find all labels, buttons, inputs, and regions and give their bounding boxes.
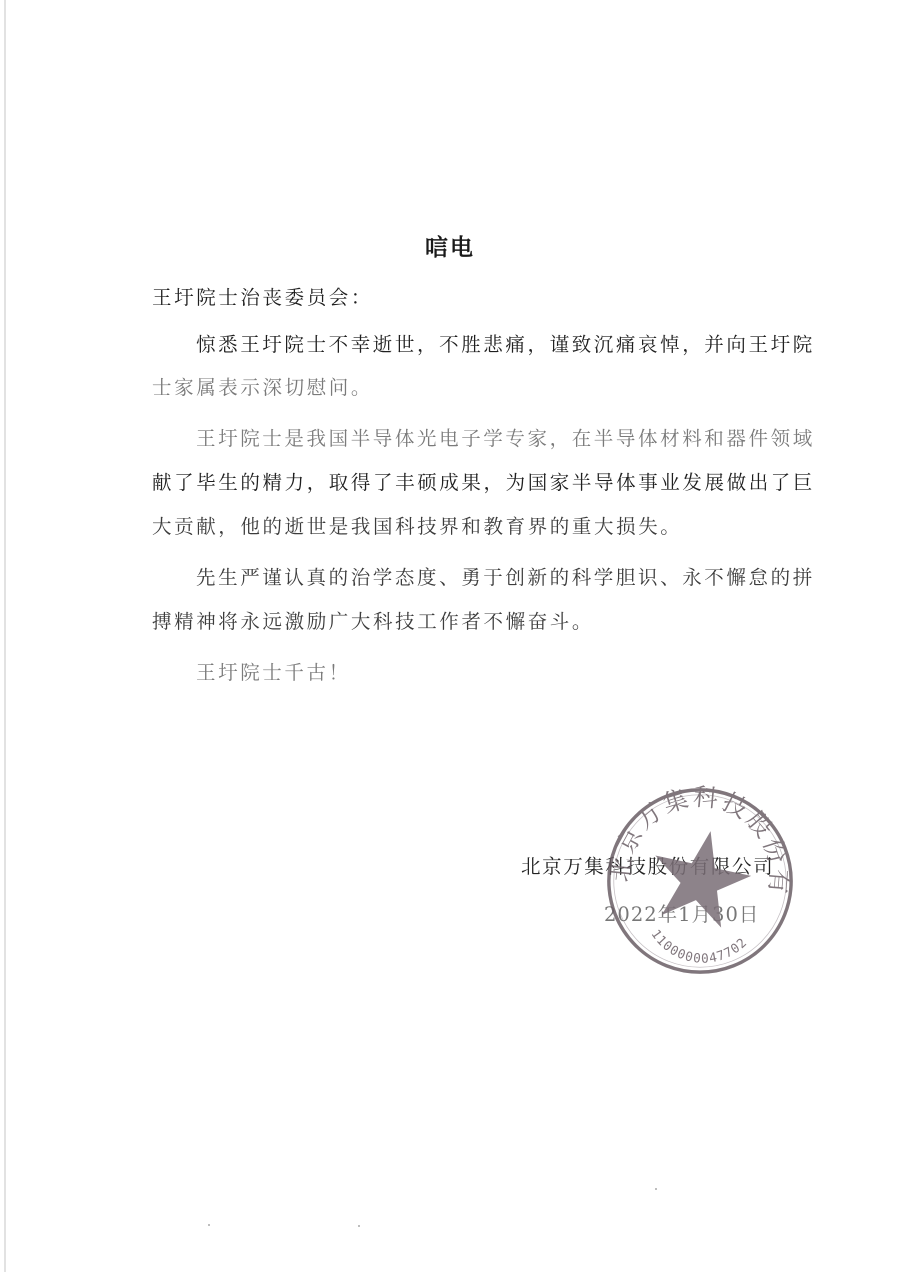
- paragraph-2-line-3: 大贡献，他的逝世是我国科技界和教育界的重大损失。: [152, 515, 682, 539]
- paragraph-2-line-1: 王圩院士是我国半导体光电子学专家，在半导体材料和器件领域: [196, 427, 815, 451]
- company-seal-icon: 北京万集科技股份有限公司 1100000047702: [602, 783, 798, 979]
- paragraph-1-line-2: 士家属表示深切慰问。: [152, 376, 373, 400]
- svg-text:1100000047702: 1100000047702: [648, 927, 751, 967]
- closing-line: 王圩院士千古！: [196, 661, 351, 685]
- paragraph-1-line-1: 惊悉王圩院士不幸逝世，不胜悲痛，谨致沉痛哀悼，并向王圩院: [196, 333, 815, 357]
- document-title: 唁电: [0, 229, 900, 262]
- scan-page-edge: [4, 0, 6, 1272]
- salutation: 王圩院士治丧委员会：: [152, 286, 373, 310]
- paragraph-3-line-2: 搏精神将永远激励广大科技工作者不懈奋斗。: [152, 610, 594, 634]
- scan-speck: [358, 1225, 360, 1227]
- scan-speck: [208, 1224, 210, 1226]
- paragraph-3-line-1: 先生严谨认真的治学态度、勇于创新的科学胆识、永不懈怠的拼: [196, 566, 815, 590]
- scan-speck: [655, 1188, 657, 1190]
- paragraph-2-line-2: 献了毕生的精力，取得了丰硕成果，为国家半导体事业发展做出了巨: [152, 471, 815, 495]
